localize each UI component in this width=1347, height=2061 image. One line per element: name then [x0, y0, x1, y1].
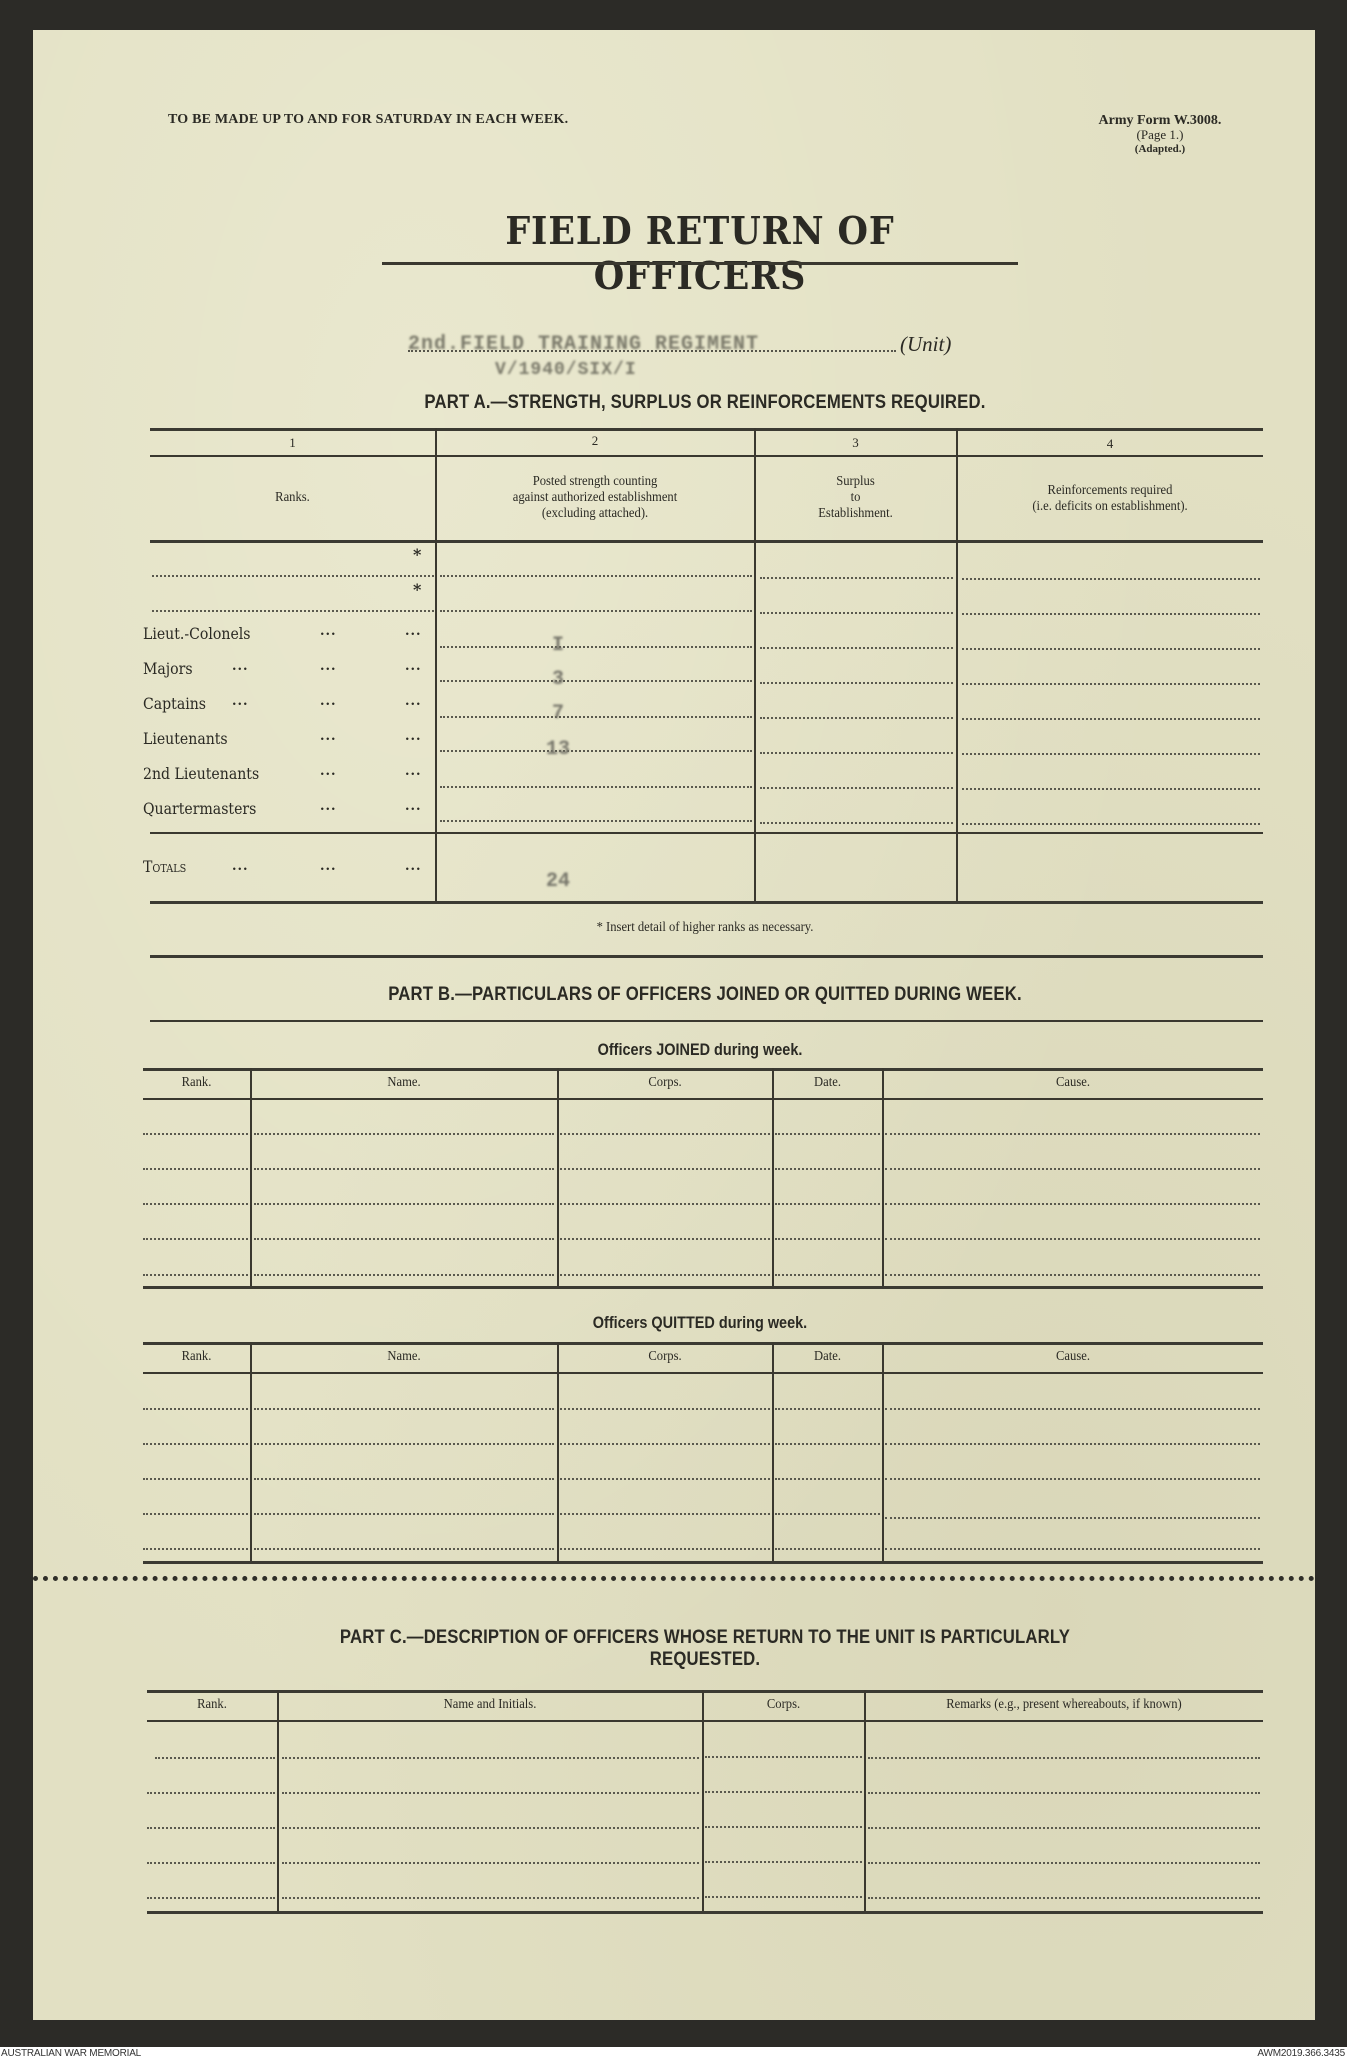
part-c-heading-line1: PART C.—DESCRIPTION OF OFFICERS WHOSE RE… [225, 1627, 1184, 1649]
column-header-name: Name. [266, 1349, 541, 1365]
column-divider [557, 1068, 559, 1286]
posted-entry-line[interactable] [440, 750, 752, 752]
entry-line[interactable] [254, 1238, 554, 1240]
unit-reference-value[interactable]: V/1940/SIX/I [495, 360, 637, 380]
posted-entry-line[interactable] [440, 575, 752, 577]
entry-line[interactable] [254, 1408, 554, 1410]
entry-line[interactable] [282, 1757, 699, 1759]
entry-line[interactable] [143, 1443, 248, 1445]
leader-dots: ... [405, 694, 422, 709]
form-identifier: Army Form W.3008. (Page 1.) (Adapted.) [1050, 114, 1270, 156]
rank-label: Majors [143, 659, 193, 678]
reinforcement-entry-line[interactable] [962, 648, 1260, 650]
surplus-entry-line[interactable] [760, 612, 953, 614]
higher-rank-marker: * [413, 580, 421, 599]
header-line: (i.e. deficits on establishment). [972, 499, 1247, 515]
leader-dots: ... [405, 859, 422, 874]
part-a-heading: PART A.—STRENGTH, SURPLUS OR REINFORCEME… [261, 392, 1150, 414]
entry-line[interactable] [143, 1238, 248, 1240]
entry-line[interactable] [885, 1133, 1260, 1135]
column-divider [754, 428, 756, 902]
entry-line[interactable] [282, 1792, 699, 1794]
entry-line[interactable] [705, 1861, 862, 1863]
entry-line[interactable] [705, 1896, 862, 1898]
table-rule [150, 455, 1263, 457]
entry-line[interactable] [143, 1478, 248, 1480]
reinforcement-entry-line[interactable] [962, 683, 1260, 685]
entry-line[interactable] [885, 1443, 1260, 1445]
entry-line[interactable] [147, 1897, 275, 1899]
column-header-date: Date. [778, 1349, 876, 1365]
column-divider [772, 1342, 774, 1562]
leader-dots: ... [405, 624, 422, 639]
entry-line[interactable] [143, 1168, 248, 1170]
entry-line[interactable] [560, 1513, 770, 1515]
reinforcement-entry-line[interactable] [962, 613, 1260, 615]
entry-line[interactable] [868, 1757, 1260, 1759]
posted-value[interactable]: I [528, 634, 588, 657]
page-title: FIELD RETURN OF OFFICERS [396, 208, 1003, 298]
column-divider [277, 1690, 279, 1912]
leader-dots: ... [320, 859, 337, 874]
entry-line[interactable] [143, 1513, 248, 1515]
leader-dots: ... [320, 799, 337, 814]
reinforcement-entry-line[interactable] [962, 753, 1260, 755]
column-number: 2 [436, 433, 754, 449]
column-divider [882, 1068, 884, 1286]
leader-dots: ... [320, 659, 337, 674]
entry-line[interactable] [560, 1238, 770, 1240]
unit-field-value[interactable]: 2nd.FIELD TRAINING REGIMENT [408, 333, 759, 356]
entry-line[interactable] [254, 1274, 554, 1276]
section-rule [150, 955, 1263, 958]
surplus-entry-line[interactable] [760, 647, 953, 649]
entry-line[interactable] [254, 1443, 554, 1445]
entry-line[interactable] [885, 1548, 1260, 1550]
column-header-reinforcements: Reinforcements required (i.e. deficits o… [972, 483, 1247, 515]
column-divider [250, 1068, 252, 1286]
table-rule [150, 428, 1263, 431]
header-line: (excluding attached). [452, 506, 738, 522]
entry-line[interactable] [885, 1478, 1260, 1480]
unit-label: (Unit) [900, 332, 951, 357]
entry-line[interactable] [705, 1791, 862, 1793]
entry-line[interactable] [147, 1792, 275, 1794]
entry-line[interactable] [147, 1827, 275, 1829]
entry-line[interactable] [155, 1757, 275, 1759]
rank-label: Quartermasters [143, 799, 256, 818]
form-instruction: TO BE MADE UP TO AND FOR SATURDAY IN EAC… [168, 112, 568, 128]
posted-entry-line[interactable] [440, 680, 752, 682]
rank-entry-line[interactable] [152, 610, 434, 612]
reinforcement-entry-line[interactable] [962, 788, 1260, 790]
column-header-surplus: Surplus to Establishment. [765, 474, 946, 522]
form-page: (Page 1.) [1050, 128, 1270, 142]
entry-line[interactable] [143, 1548, 248, 1550]
entry-line[interactable] [147, 1862, 275, 1864]
entry-line[interactable] [254, 1133, 554, 1135]
table-rule [147, 1911, 1263, 1914]
header-line: Reinforcements required [972, 483, 1247, 499]
column-divider [956, 428, 958, 902]
column-header-posted-strength: Posted strength counting against authori… [452, 474, 738, 522]
entry-line[interactable] [885, 1517, 1260, 1519]
reinforcement-entry-line[interactable] [962, 578, 1260, 580]
column-header-corps: Corps. [711, 1697, 856, 1713]
entry-line[interactable] [254, 1548, 554, 1550]
quitted-heading: Officers QUITTED during week. [445, 1313, 955, 1333]
entry-line[interactable] [560, 1168, 770, 1170]
posted-value[interactable]: 3 [528, 668, 588, 691]
table-rule [143, 1561, 1263, 1564]
table-rule [143, 1342, 1263, 1345]
part-a-footnote: * Insert detail of higher ranks as neces… [341, 920, 1070, 936]
leader-dots: ... [405, 799, 422, 814]
entry-line[interactable] [560, 1548, 770, 1550]
posted-entry-line[interactable] [440, 786, 752, 788]
entry-line[interactable] [254, 1168, 554, 1170]
entry-line[interactable] [143, 1274, 248, 1276]
surplus-entry-line[interactable] [760, 822, 953, 824]
table-rule [143, 1286, 1263, 1289]
column-header-date: Date. [778, 1075, 876, 1091]
header-line: to [765, 490, 946, 506]
column-header-corps: Corps. [569, 1349, 762, 1365]
column-header-name-initials: Name and Initials. [299, 1697, 681, 1713]
table-rule [150, 540, 1263, 543]
totals-rule [150, 832, 1263, 834]
column-divider [435, 428, 437, 902]
entry-line[interactable] [560, 1408, 770, 1410]
table-rule [147, 1720, 1263, 1722]
entry-line[interactable] [560, 1274, 770, 1276]
leader-dots: ... [320, 624, 337, 639]
entry-line[interactable] [775, 1443, 880, 1445]
leader-dots: ... [405, 729, 422, 744]
column-header-ranks: Ranks. [164, 490, 421, 506]
leader-dots: ... [320, 729, 337, 744]
column-divider [702, 1690, 704, 1912]
column-number: 3 [755, 435, 956, 451]
entry-line[interactable] [775, 1203, 880, 1205]
entry-line[interactable] [143, 1133, 248, 1135]
leader-dots: ... [405, 764, 422, 779]
posted-value[interactable]: 7 [528, 702, 588, 725]
table-rule [150, 901, 1263, 904]
rank-label: Captains [143, 694, 206, 713]
table-rule [147, 1690, 1263, 1693]
entry-line[interactable] [885, 1168, 1260, 1170]
column-header-cause: Cause. [902, 1075, 1244, 1091]
leader-dots: ... [320, 694, 337, 709]
totals-label: Totals [143, 857, 186, 876]
leader-dots: ... [232, 659, 249, 674]
header-line: against authorized establishment [452, 490, 738, 506]
rank-label: Lieutenants [143, 729, 228, 748]
column-header-rank: Rank. [148, 1075, 244, 1091]
entry-line[interactable] [560, 1443, 770, 1445]
title-underline [382, 262, 1018, 265]
entry-line[interactable] [885, 1408, 1260, 1410]
section-rule [150, 1020, 1263, 1022]
entry-line[interactable] [775, 1133, 880, 1135]
archive-reference: AWM2019.366.3435 [1257, 2048, 1345, 2059]
entry-line[interactable] [775, 1513, 880, 1515]
form-number: Army Form W.3008. [1050, 114, 1270, 128]
totals-posted-value[interactable]: 24 [528, 870, 588, 893]
entry-line[interactable] [775, 1274, 880, 1276]
entry-line[interactable] [705, 1826, 862, 1828]
column-number: 4 [957, 436, 1263, 452]
entry-line[interactable] [775, 1168, 880, 1170]
entry-line[interactable] [282, 1862, 699, 1864]
column-header-rank: Rank. [154, 1697, 271, 1713]
entry-line[interactable] [560, 1478, 770, 1480]
perforation-line [33, 1576, 1315, 1581]
entry-line[interactable] [560, 1203, 770, 1205]
part-c-heading-line2: REQUESTED. [225, 1649, 1184, 1671]
rank-label: 2nd Lieutenants [143, 764, 259, 783]
entry-line[interactable] [775, 1408, 880, 1410]
entry-line[interactable] [143, 1408, 248, 1410]
column-header-corps: Corps. [569, 1075, 762, 1091]
header-line: Posted strength counting [452, 474, 738, 490]
entry-line[interactable] [775, 1548, 880, 1550]
entry-line[interactable] [282, 1897, 699, 1899]
entry-line[interactable] [885, 1274, 1260, 1276]
posted-value[interactable]: 13 [528, 738, 588, 761]
surplus-entry-line[interactable] [760, 787, 953, 789]
column-divider [250, 1342, 252, 1562]
rank-label: Lieut.-Colonels [143, 624, 251, 643]
part-c-heading: PART C.—DESCRIPTION OF OFFICERS WHOSE RE… [225, 1627, 1184, 1671]
column-divider [557, 1342, 559, 1562]
column-header-rank: Rank. [148, 1349, 244, 1365]
column-divider [882, 1342, 884, 1562]
entry-line[interactable] [868, 1792, 1260, 1794]
entry-line[interactable] [282, 1827, 699, 1829]
header-line: Surplus [765, 474, 946, 490]
reinforcement-entry-line[interactable] [962, 718, 1260, 720]
archive-credit: AUSTRALIAN WAR MEMORIAL [1, 2048, 141, 2059]
column-divider [864, 1690, 866, 1912]
entry-line[interactable] [868, 1827, 1260, 1829]
surplus-entry-line[interactable] [760, 682, 953, 684]
table-rule [143, 1098, 1263, 1100]
entry-line[interactable] [143, 1203, 248, 1205]
entry-line[interactable] [885, 1203, 1260, 1205]
column-divider [772, 1068, 774, 1286]
table-rule [143, 1068, 1263, 1071]
entry-line[interactable] [775, 1478, 880, 1480]
entry-line[interactable] [560, 1133, 770, 1135]
posted-entry-line[interactable] [440, 646, 752, 648]
table-rule [143, 1372, 1263, 1374]
column-header-name: Name. [266, 1075, 541, 1091]
column-header-remarks: Remarks (e.g., present whereabouts, if k… [885, 1697, 1243, 1713]
posted-entry-line[interactable] [440, 716, 752, 718]
surplus-entry-line[interactable] [760, 717, 953, 719]
entry-line[interactable] [705, 1756, 862, 1758]
entry-line[interactable] [868, 1897, 1260, 1899]
part-b-heading: PART B.—PARTICULARS OF OFFICERS JOINED O… [261, 984, 1150, 1006]
entry-line[interactable] [775, 1238, 880, 1240]
leader-dots: ... [232, 694, 249, 709]
entry-line[interactable] [868, 1862, 1260, 1864]
leader-dots: ... [320, 764, 337, 779]
surplus-entry-line[interactable] [760, 577, 953, 579]
rank-entry-line[interactable] [152, 575, 434, 577]
column-number: 1 [150, 435, 435, 451]
posted-entry-line[interactable] [440, 610, 752, 612]
leader-dots: ... [232, 859, 249, 874]
entry-line[interactable] [254, 1203, 554, 1205]
entry-line[interactable] [254, 1478, 554, 1480]
joined-heading: Officers JOINED during week. [445, 1040, 955, 1060]
leader-dots: ... [405, 659, 422, 674]
surplus-entry-line[interactable] [760, 752, 953, 754]
form-adapted: (Adapted.) [1050, 142, 1270, 156]
header-line: Establishment. [765, 506, 946, 522]
higher-rank-marker: * [413, 545, 421, 564]
posted-entry-line[interactable] [440, 820, 752, 822]
reinforcement-entry-line[interactable] [962, 823, 1260, 825]
entry-line[interactable] [885, 1238, 1260, 1240]
column-header-cause: Cause. [902, 1349, 1244, 1365]
entry-line[interactable] [254, 1513, 554, 1515]
